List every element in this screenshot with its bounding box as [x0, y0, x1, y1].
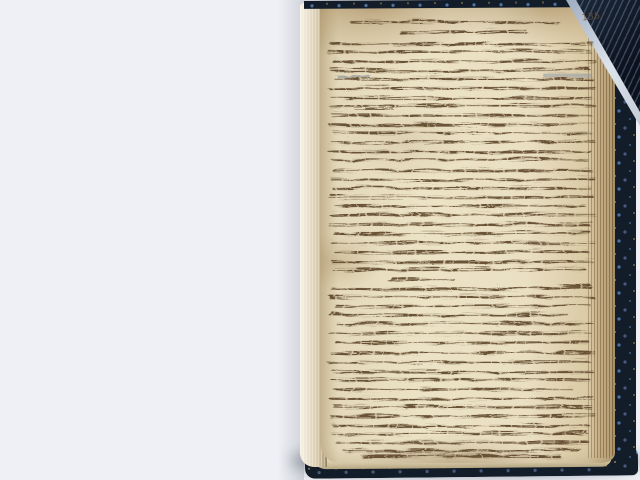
handwriting-svg: [0, 0, 640, 480]
photo-backdrop: 135: [0, 0, 640, 480]
